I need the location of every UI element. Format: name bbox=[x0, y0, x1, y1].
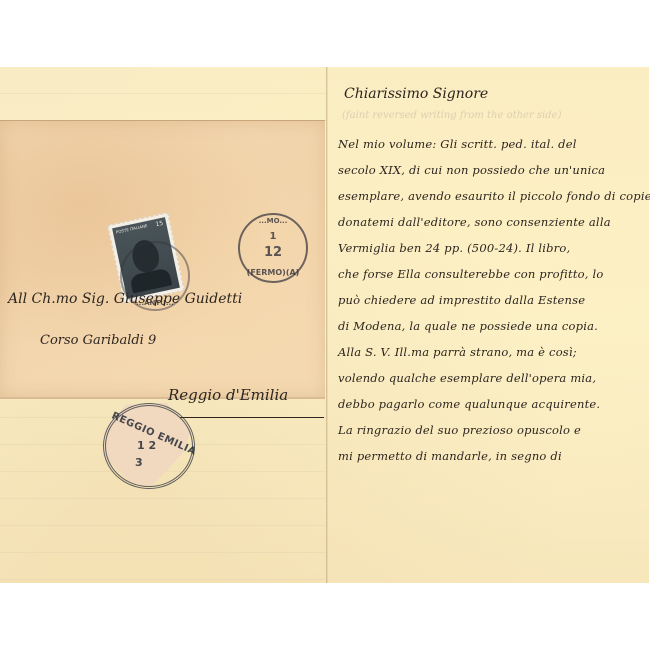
address-street: Corso Garibaldi 9 bbox=[40, 333, 156, 348]
arrival-postmark: ...MO... 1 12 (FERMO)(A) bbox=[238, 213, 308, 283]
arrival-arc-text: (FERMO)(A) bbox=[240, 268, 306, 277]
bleed-through-text: (faint reversed writing from the other s… bbox=[342, 110, 638, 121]
stamp-denomination: 15 bbox=[155, 220, 164, 228]
letter-line: volendo qualche esemplare dell'opera mia… bbox=[338, 365, 638, 391]
letter-salutation: Chiarissimo Signore bbox=[344, 86, 638, 102]
letter-body: Nel mio volume: Gli scritt. ped. ital. d… bbox=[338, 131, 638, 469]
stamp-header: POSTE ITALIANE bbox=[115, 223, 148, 237]
arrival-line2: 12 bbox=[240, 245, 306, 260]
letter-line: secolo XIX, di cui non possiedo che un'u… bbox=[338, 157, 638, 183]
letter-line: Vermiglia ben 24 pp. (500-24). Il libro, bbox=[338, 235, 638, 261]
arrival-top-text: ...MO... bbox=[240, 217, 306, 225]
handwritten-letter: Chiarissimo Signore (faint reversed writ… bbox=[338, 86, 638, 469]
address-recipient: All Ch.mo Sig. Giuseppe Guidetti bbox=[8, 291, 242, 307]
arrival-line1: 1 bbox=[240, 231, 306, 242]
letter-line: Alla S. V. Ill.ma parrà strano, ma è cos… bbox=[338, 339, 638, 365]
letter-line: mi permetto di mandarle, in segno di bbox=[338, 443, 638, 469]
fragment-date-line2: 3 bbox=[135, 456, 143, 469]
letter-line: può chiedere ad imprestito dalla Estense bbox=[338, 287, 638, 313]
letter-line: Nel mio volume: Gli scritt. ped. ital. d… bbox=[338, 131, 638, 157]
fragment-date-line1: 1 2 bbox=[137, 439, 156, 452]
address-city: Reggio d'Emilia bbox=[168, 386, 288, 404]
letter-line: La ringrazio del suo prezioso opuscolo e bbox=[338, 417, 638, 443]
letter-line: che forse Ella consulterebbe con profitt… bbox=[338, 261, 638, 287]
letter-line: esemplare, avendo esaurito il piccolo fo… bbox=[338, 183, 638, 209]
letter-line: donatemi dall'editore, sono consenziente… bbox=[338, 209, 638, 235]
envelope: POSTE ITALIANE 15 ...ANTU... ...MO... 1 … bbox=[0, 120, 325, 399]
letter-line: di Modena, la quale ne possiede una copi… bbox=[338, 313, 638, 339]
page-fold bbox=[326, 67, 328, 583]
letter-line: debbo pagarlo come qualunque acquirente. bbox=[338, 391, 638, 417]
